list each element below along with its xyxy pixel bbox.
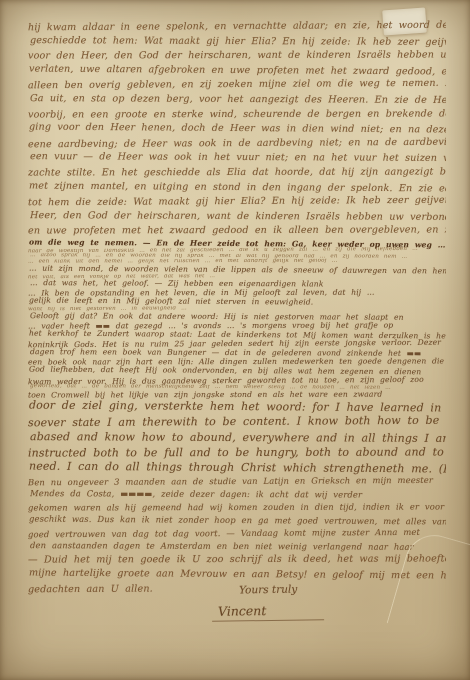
letter-body: hij kwam aldaar in eene spelonk, en vern… — [28, 20, 446, 620]
letter-closing: Yours truly Vincent — [212, 584, 324, 621]
handwritten-line: abased and know how to abound, everywher… — [30, 429, 446, 446]
handwritten-line: zachte stilte. En het geschiedde als Eli… — [28, 165, 446, 181]
letter-page: hij kwam aldaar in eene spelonk, en vern… — [0, 0, 470, 680]
handwritten-line: Ga uit, en sta op dezen berg, voor het a… — [30, 92, 446, 108]
handwritten-line: soever state I am therewith to be conten… — [28, 413, 446, 431]
handwritten-line: voor den Heer, den God der heirscharen, … — [28, 49, 446, 65]
signature: Vincent — [212, 602, 325, 622]
handwritten-line: een vuur — de Heer was ook in het vuur n… — [30, 150, 446, 166]
valediction: Yours truly — [212, 583, 325, 597]
handwritten-line: — Duid het mij ten goede ik U zoo schrij… — [28, 553, 446, 569]
